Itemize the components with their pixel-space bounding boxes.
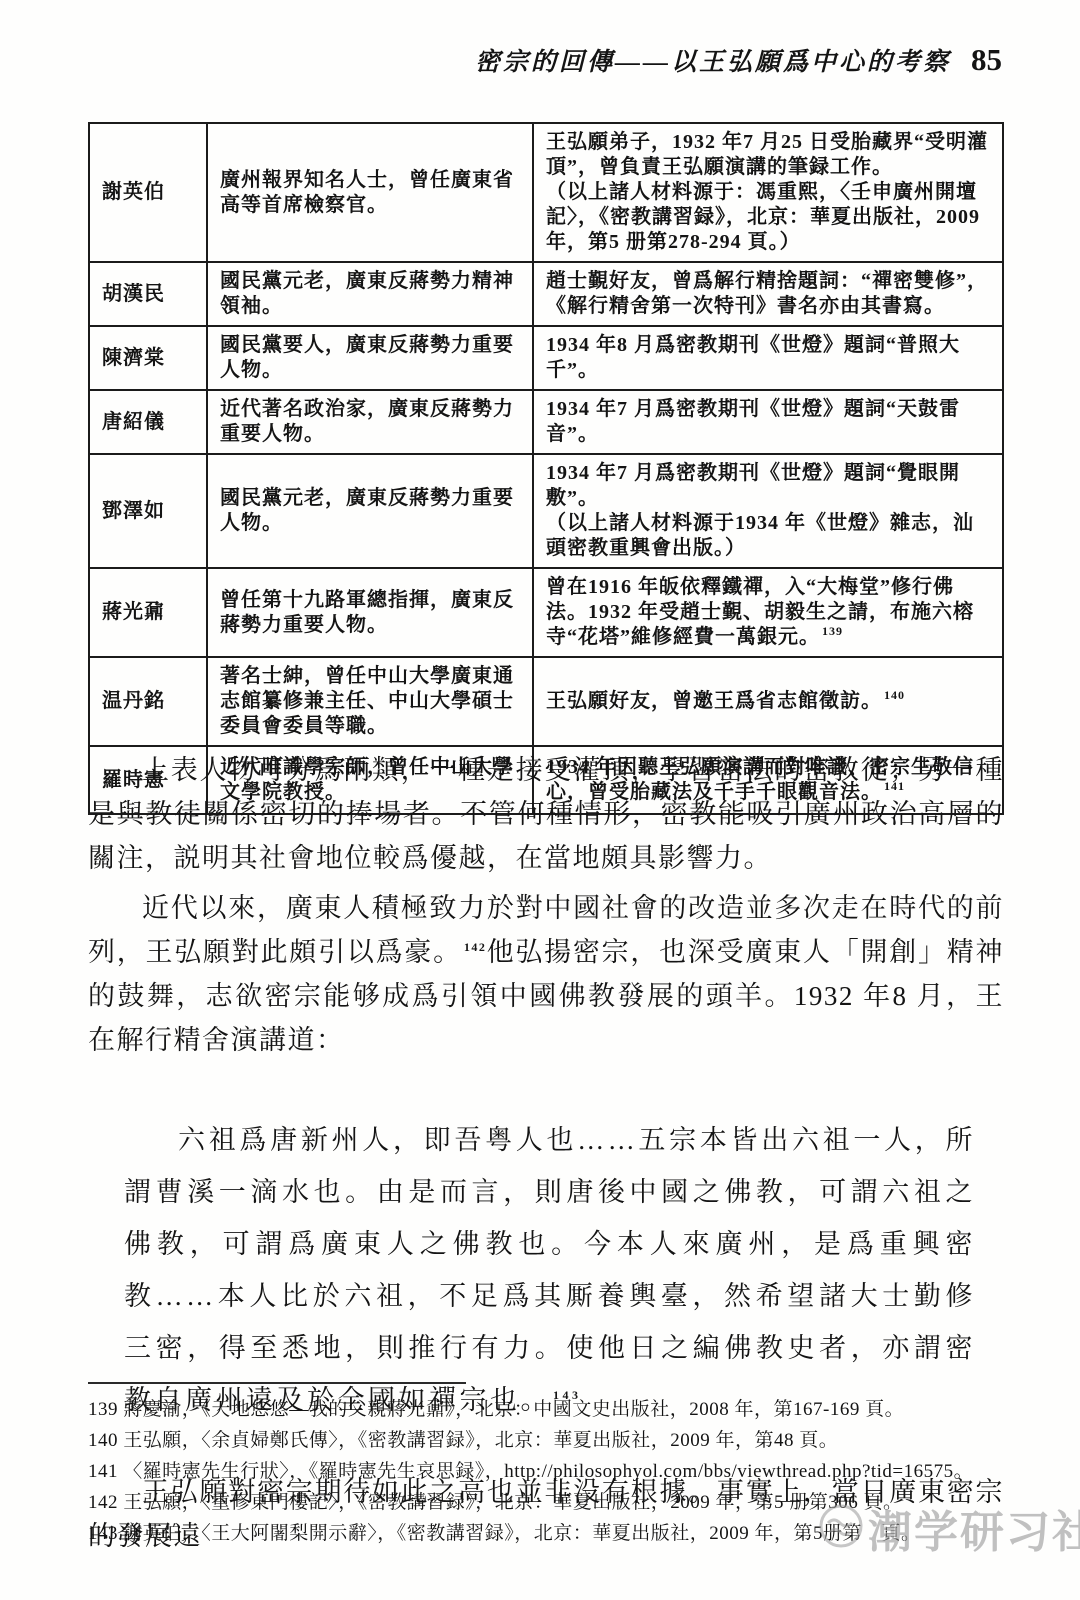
person-name: 陳濟棠 bbox=[89, 326, 207, 390]
footnote-line: 143 謝英伯，〈王大阿闍梨開示辭〉，《密教講習録》，北京：華夏出版社，2009… bbox=[88, 1518, 1012, 1549]
person-role: 國民黨元老，廣東反蔣勢力重要人物。 bbox=[207, 454, 533, 568]
person-detail: 王弘願弟子，1932 年7 月25 日受胎藏界“受明灌頂”，曾負責王弘願演講的筆… bbox=[533, 123, 1003, 262]
footnote-line: 142 王弘願，〈重修東門樓記〉，《密教講習録》，北京：華夏出版社，2009 年… bbox=[88, 1487, 1012, 1518]
person-name: 蔣光鼐 bbox=[89, 568, 207, 657]
footnote-line: 140 王弘願，〈余貞婦鄭氏傳〉，《密教講習録》，北京：華夏出版社，2009 年… bbox=[88, 1425, 1012, 1456]
footnote-ref-142: 142 bbox=[464, 940, 487, 954]
person-role: 近代著名政治家，廣東反蔣勢力重要人物。 bbox=[207, 390, 533, 454]
scanned-document-page: 密宗的回傳——以王弘願爲中心的考察85 謝英伯廣州報界知名人士，曾任廣東省高等首… bbox=[0, 0, 1080, 1600]
person-name: 鄧澤如 bbox=[89, 454, 207, 568]
people-table: 謝英伯廣州報界知名人士，曾任廣東省高等首席檢察官。王弘願弟子，1932 年7 月… bbox=[88, 122, 1002, 815]
running-head: 密宗的回傳——以王弘願爲中心的考察85 bbox=[0, 42, 1002, 78]
table-row: 温丹銘著名士紳，曾任中山大學廣東通志館纂修兼主任、中山大學碩士委員會委員等職。王… bbox=[89, 657, 1003, 746]
table-row: 蔣光鼐曾任第十九路軍總指揮，廣東反蔣勢力重要人物。曾在1916 年皈依釋鐵禪，入… bbox=[89, 568, 1003, 657]
block-quote-text: 六祖爲唐新州人，即吾粤人也……五宗本皆出六祖一人，所謂曹溪一滴水也。由是而言，則… bbox=[124, 1125, 976, 1415]
person-name: 唐紹儀 bbox=[89, 390, 207, 454]
person-role: 國民黨要人，廣東反蔣勢力重要人物。 bbox=[207, 326, 533, 390]
footnote-ref-139: 139 bbox=[822, 624, 843, 638]
person-name: 胡漢民 bbox=[89, 262, 207, 326]
footnotes-section: 139 蔣慶渝，《天地悠悠—我的父親蔣光鼐》，北京：中國文史出版社，2008 年… bbox=[88, 1382, 1012, 1549]
person-detail: 1934 年7 月爲密教期刊《世燈》題詞“覺眼開敷”。 （以上諸人材料源于193… bbox=[533, 454, 1003, 568]
person-role: 曾任第十九路軍總指揮，廣東反蔣勢力重要人物。 bbox=[207, 568, 533, 657]
footnote-line: 141 〈羅時憲先生行狀〉，《羅時憲先生哀思録》，http://philosop… bbox=[88, 1456, 1012, 1487]
people-table-body: 謝英伯廣州報界知名人士，曾任廣東省高等首席檢察官。王弘願弟子，1932 年7 月… bbox=[89, 123, 1003, 814]
table-row: 鄧澤如國民黨元老，廣東反蔣勢力重要人物。1934 年7 月爲密教期刊《世燈》題詞… bbox=[89, 454, 1003, 568]
table-row: 謝英伯廣州報界知名人士，曾任廣東省高等首席檢察官。王弘願弟子，1932 年7 月… bbox=[89, 123, 1003, 262]
paragraph-summary: 上表人物可分爲兩類，一種是接受灌頂，學習密法的密教徒；另一種是與教徒關係密切的捧… bbox=[88, 748, 1004, 880]
block-quote: 六祖爲唐新州人，即吾粤人也……五宗本皆出六祖一人，所謂曹溪一滴水也。由是而言，則… bbox=[124, 1114, 976, 1426]
footnote-ref-140: 140 bbox=[884, 688, 905, 702]
person-role: 著名士紳，曾任中山大學廣東通志館纂修兼主任、中山大學碩士委員會委員等職。 bbox=[207, 657, 533, 746]
person-detail: 趙士覲好友，曾爲解行精捨題詞：“禪密雙修”，《解行精舍第一次特刊》書名亦由其書寫… bbox=[533, 262, 1003, 326]
footnote-line: 139 蔣慶渝，《天地悠悠—我的父親蔣光鼐》，北京：中國文史出版社，2008 年… bbox=[88, 1394, 1012, 1425]
page-number: 85 bbox=[971, 42, 1002, 77]
person-detail: 王弘願好友，曾邀王爲省志館徵訪。140 bbox=[533, 657, 1003, 746]
person-name: 謝英伯 bbox=[89, 123, 207, 262]
person-role: 國民黨元老，廣東反蔣勢力精神領袖。 bbox=[207, 262, 533, 326]
table-row: 唐紹儀近代著名政治家，廣東反蔣勢力重要人物。1934 年7 月爲密教期刊《世燈》… bbox=[89, 390, 1003, 454]
person-detail: 曾在1916 年皈依釋鐵禪，入“大梅堂”修行佛法。1932 年受趙士覲、胡毅生之… bbox=[533, 568, 1003, 657]
paragraph-guangdong: 近代以來，廣東人積極致力於對中國社會的改造並多次走在時代的前列，王弘願對此頗引以… bbox=[88, 886, 1004, 1062]
person-name: 温丹銘 bbox=[89, 657, 207, 746]
table-row: 陳濟棠國民黨要人，廣東反蔣勢力重要人物。1934 年8 月爲密教期刊《世燈》題詞… bbox=[89, 326, 1003, 390]
footnotes-list: 139 蔣慶渝，《天地悠悠—我的父親蔣光鼐》，北京：中國文史出版社，2008 年… bbox=[88, 1394, 1012, 1549]
chapter-title: 密宗的回傳——以王弘願爲中心的考察 bbox=[475, 49, 951, 76]
person-role: 廣州報界知名人士，曾任廣東省高等首席檢察官。 bbox=[207, 123, 533, 262]
footnote-separator-rule bbox=[88, 1382, 466, 1384]
person-detail: 1934 年8 月爲密教期刊《世燈》題詞“普照大千”。 bbox=[533, 326, 1003, 390]
person-detail: 1934 年7 月爲密教期刊《世燈》題詞“天鼓雷音”。 bbox=[533, 390, 1003, 454]
table-row: 胡漢民國民黨元老，廣東反蔣勢力精神領袖。趙士覲好友，曾爲解行精捨題詞：“禪密雙修… bbox=[89, 262, 1003, 326]
